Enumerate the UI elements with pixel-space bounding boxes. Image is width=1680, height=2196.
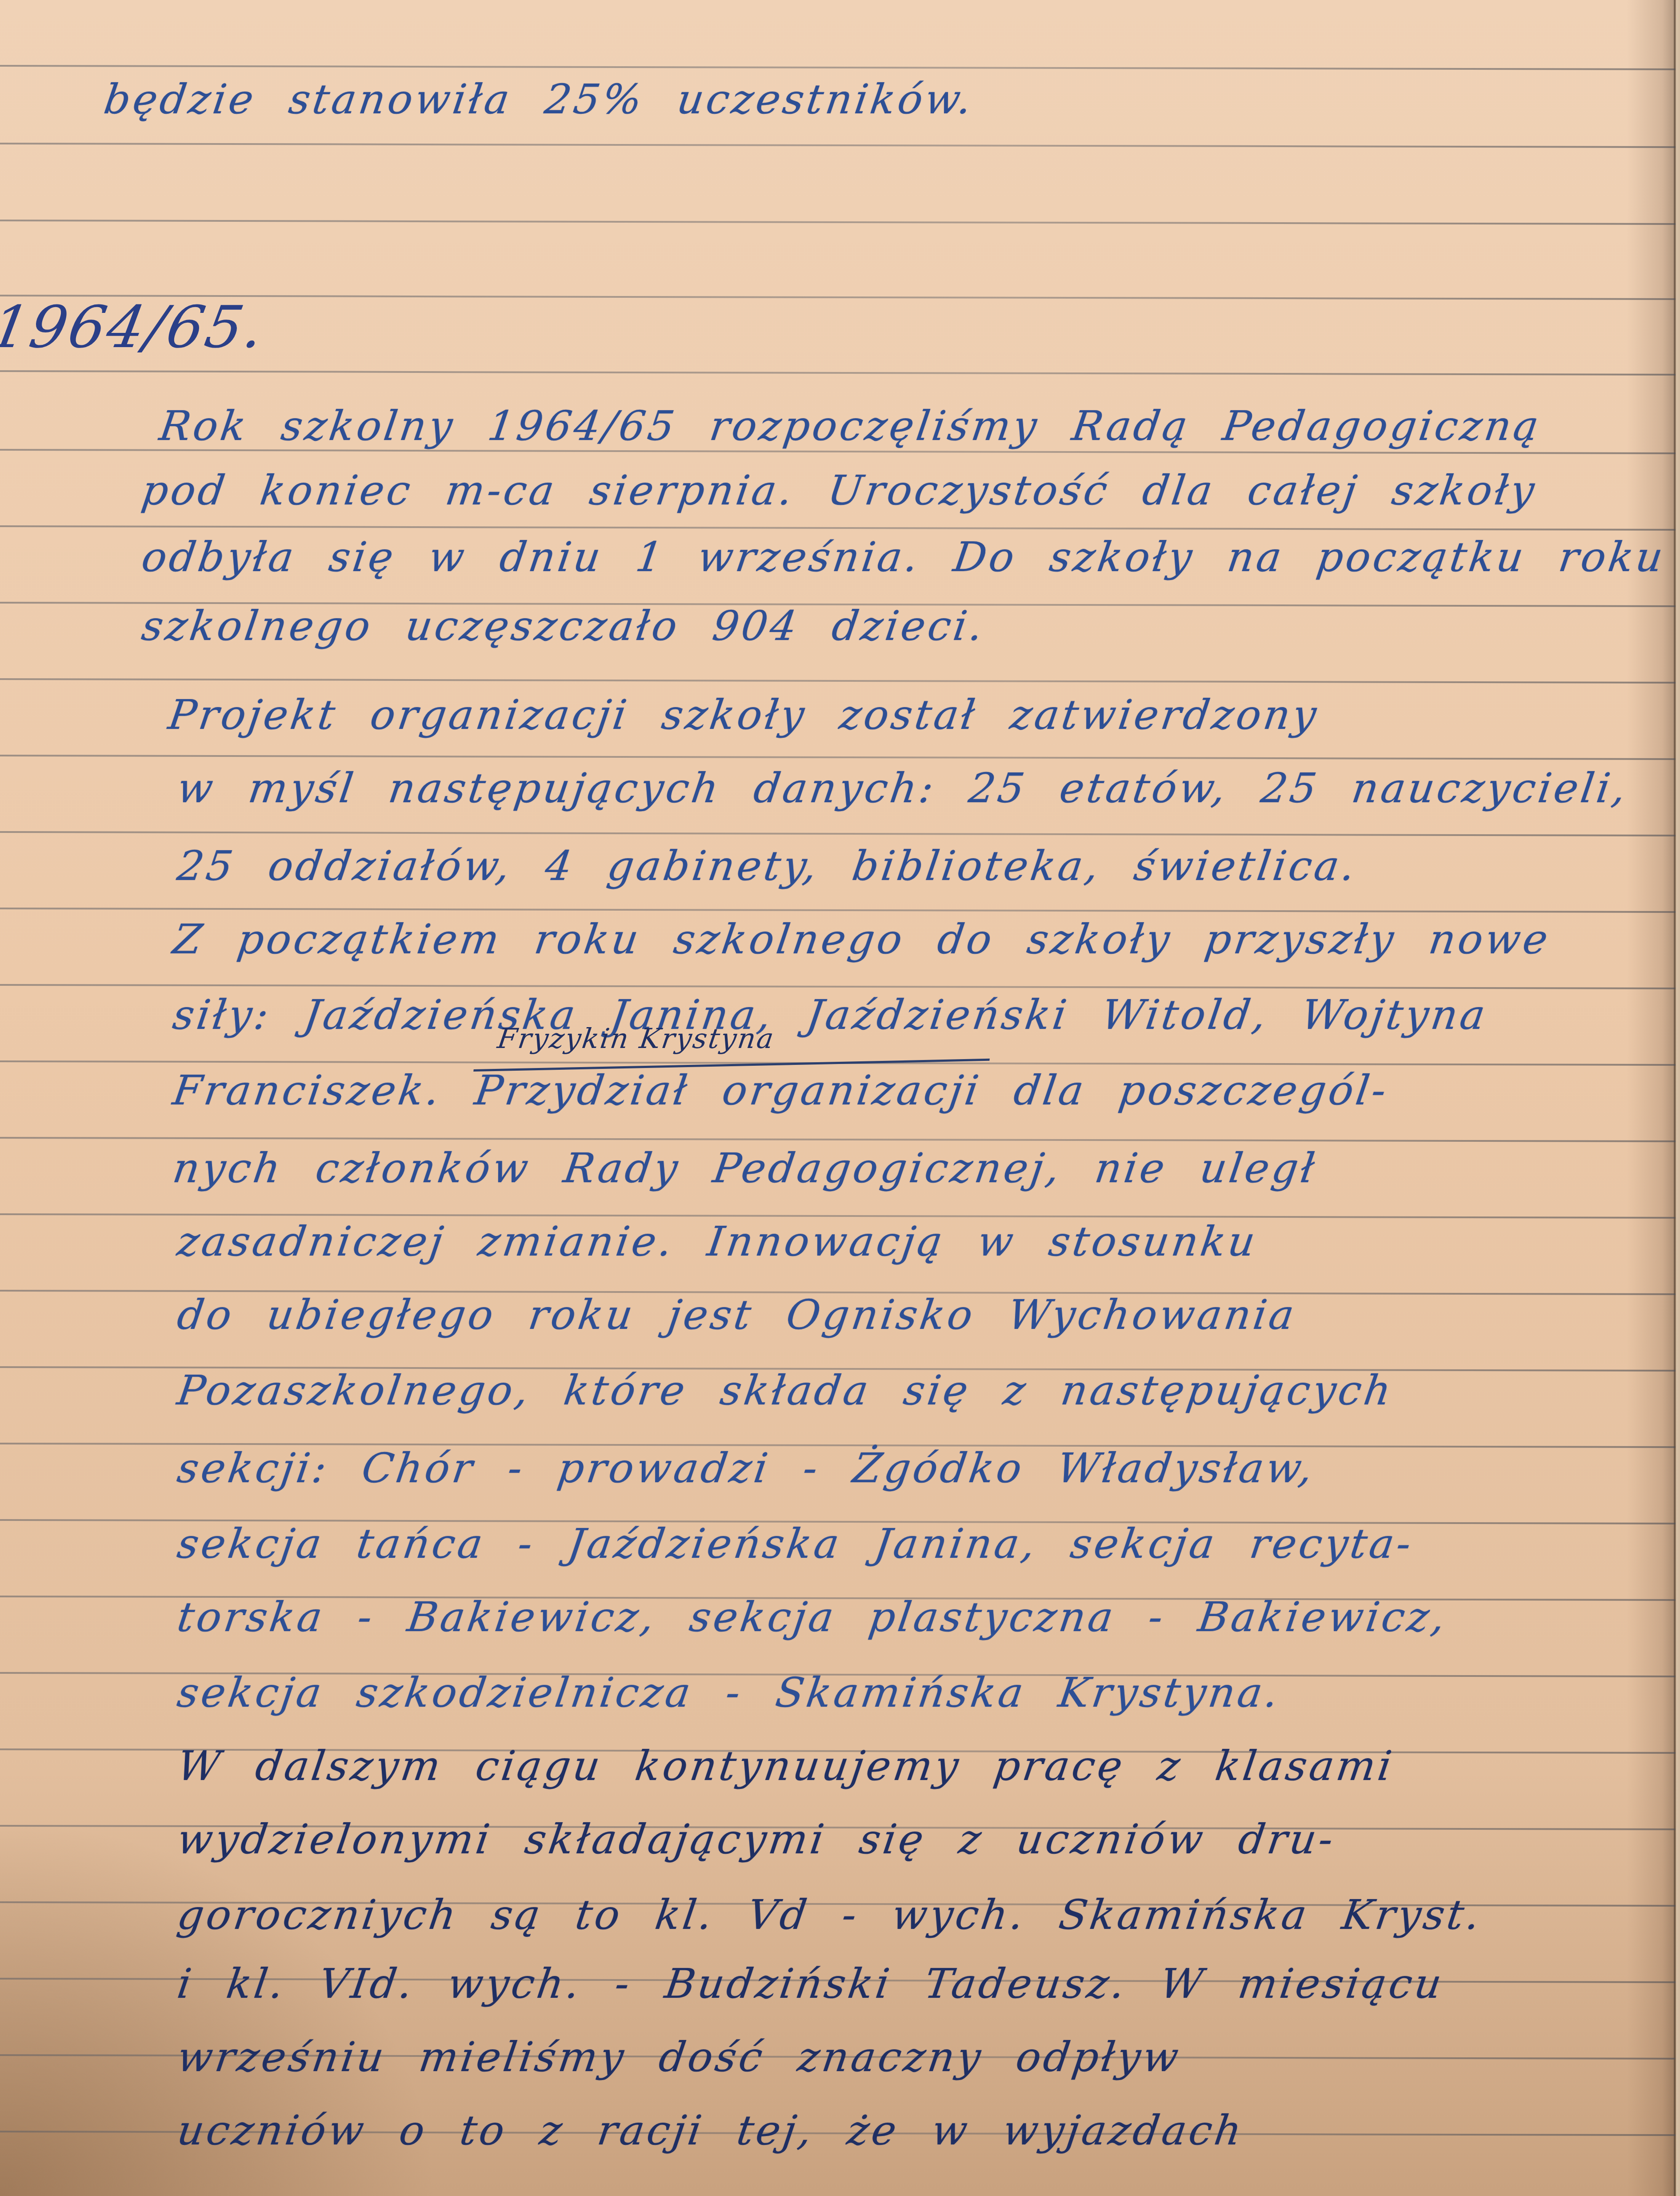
interlinear-insertion: Fryzykin Krystyna — [496, 1022, 777, 1055]
ruled-line — [0, 220, 1676, 225]
ruled-line — [0, 525, 1676, 531]
text-line-10: siły: Jaździeńska Janina, Jaździeński Wi… — [170, 991, 1491, 1039]
margin-school-year: 1964/65. — [0, 293, 271, 361]
text-line-7: w myśl następujących danych: 25 etatów, … — [174, 764, 1631, 812]
text-line-2: Rok szkolny 1964/65 rozpoczęliśmy Radą P… — [156, 402, 1544, 450]
notebook-page: będzie stanowiła 25% uczestników. 1964/6… — [0, 0, 1680, 2196]
struck-through-text: Przydział organizacji — [472, 1067, 984, 1114]
text-line-11-start: Franciszek. — [170, 1067, 445, 1114]
text-line-6: Projekt organizacji szkoły został zatwie… — [165, 691, 1322, 739]
text-line-20: W dalszym ciągu kontynuujemy pracę z kla… — [174, 1742, 1397, 1790]
text-line-24: wrześniu mieliśmy dość znaczny odpływ — [174, 2033, 1184, 2081]
page-edge — [1674, 0, 1676, 2196]
text-line-11: Franciszek. Przydział organizacji dla po… — [170, 1067, 1392, 1114]
ruled-line — [0, 831, 1676, 836]
text-line-18: torska - Bakiewicz, sekcja plastyczna - … — [174, 1593, 1451, 1641]
text-line-9: Z początkiem roku szkolnego do szkoły pr… — [170, 916, 1553, 963]
ruled-line — [0, 908, 1676, 913]
text-line-8: 25 oddziałów, 4 gabinety, biblioteka, św… — [174, 842, 1360, 890]
ruled-line — [0, 1137, 1676, 1142]
text-line-22: goroczniych są to kl. Vd - wych. Skamińs… — [174, 1891, 1485, 1939]
ruled-line — [0, 755, 1676, 760]
text-line-11-end: dla poszczegól- — [977, 1067, 1392, 1114]
text-line-14: do ubiegłego roku jest Ognisko Wychowani… — [174, 1291, 1300, 1339]
text-line-19: sekcja szkodzielnicza - Skamińska Krysty… — [174, 1669, 1284, 1716]
ruled-line — [0, 65, 1676, 70]
text-line-25: uczniów o to z racji tej, że w wyjazdach — [174, 2107, 1247, 2154]
text-line-4: odbyła się w dniu 1 września. Do szkoły … — [139, 533, 1668, 581]
ruled-line — [0, 143, 1676, 148]
ruled-line — [0, 370, 1676, 376]
ruled-line — [0, 984, 1676, 989]
text-line-15: Pozaszkolnego, które składa się z następ… — [174, 1367, 1396, 1414]
text-line-13: zasadniczej zmianie. Innowacją w stosunk… — [174, 1218, 1260, 1265]
text-line-3: pod koniec m-ca sierpnia. Uroczystość dl… — [139, 467, 1540, 514]
text-line-16: sekcji: Chór - prowadzi - Żgódko Władysł… — [174, 1444, 1318, 1492]
text-line-23: i kl. VId. wych. - Budziński Tadeusz. W … — [174, 1960, 1447, 2008]
text-line-21: wydzielonymi składającymi się z uczniów … — [174, 1816, 1339, 1863]
text-line-12: nych członków Rady Pedagogicznej, nie ul… — [170, 1144, 1320, 1192]
text-line-17: sekcja tańca - Jaździeńska Janina, sekcj… — [174, 1520, 1416, 1568]
text-line-1: będzie stanowiła 25% uczestników. — [101, 76, 977, 123]
ruled-line — [0, 678, 1676, 684]
text-line-5: szkolnego uczęszczało 904 dzieci. — [139, 602, 988, 650]
